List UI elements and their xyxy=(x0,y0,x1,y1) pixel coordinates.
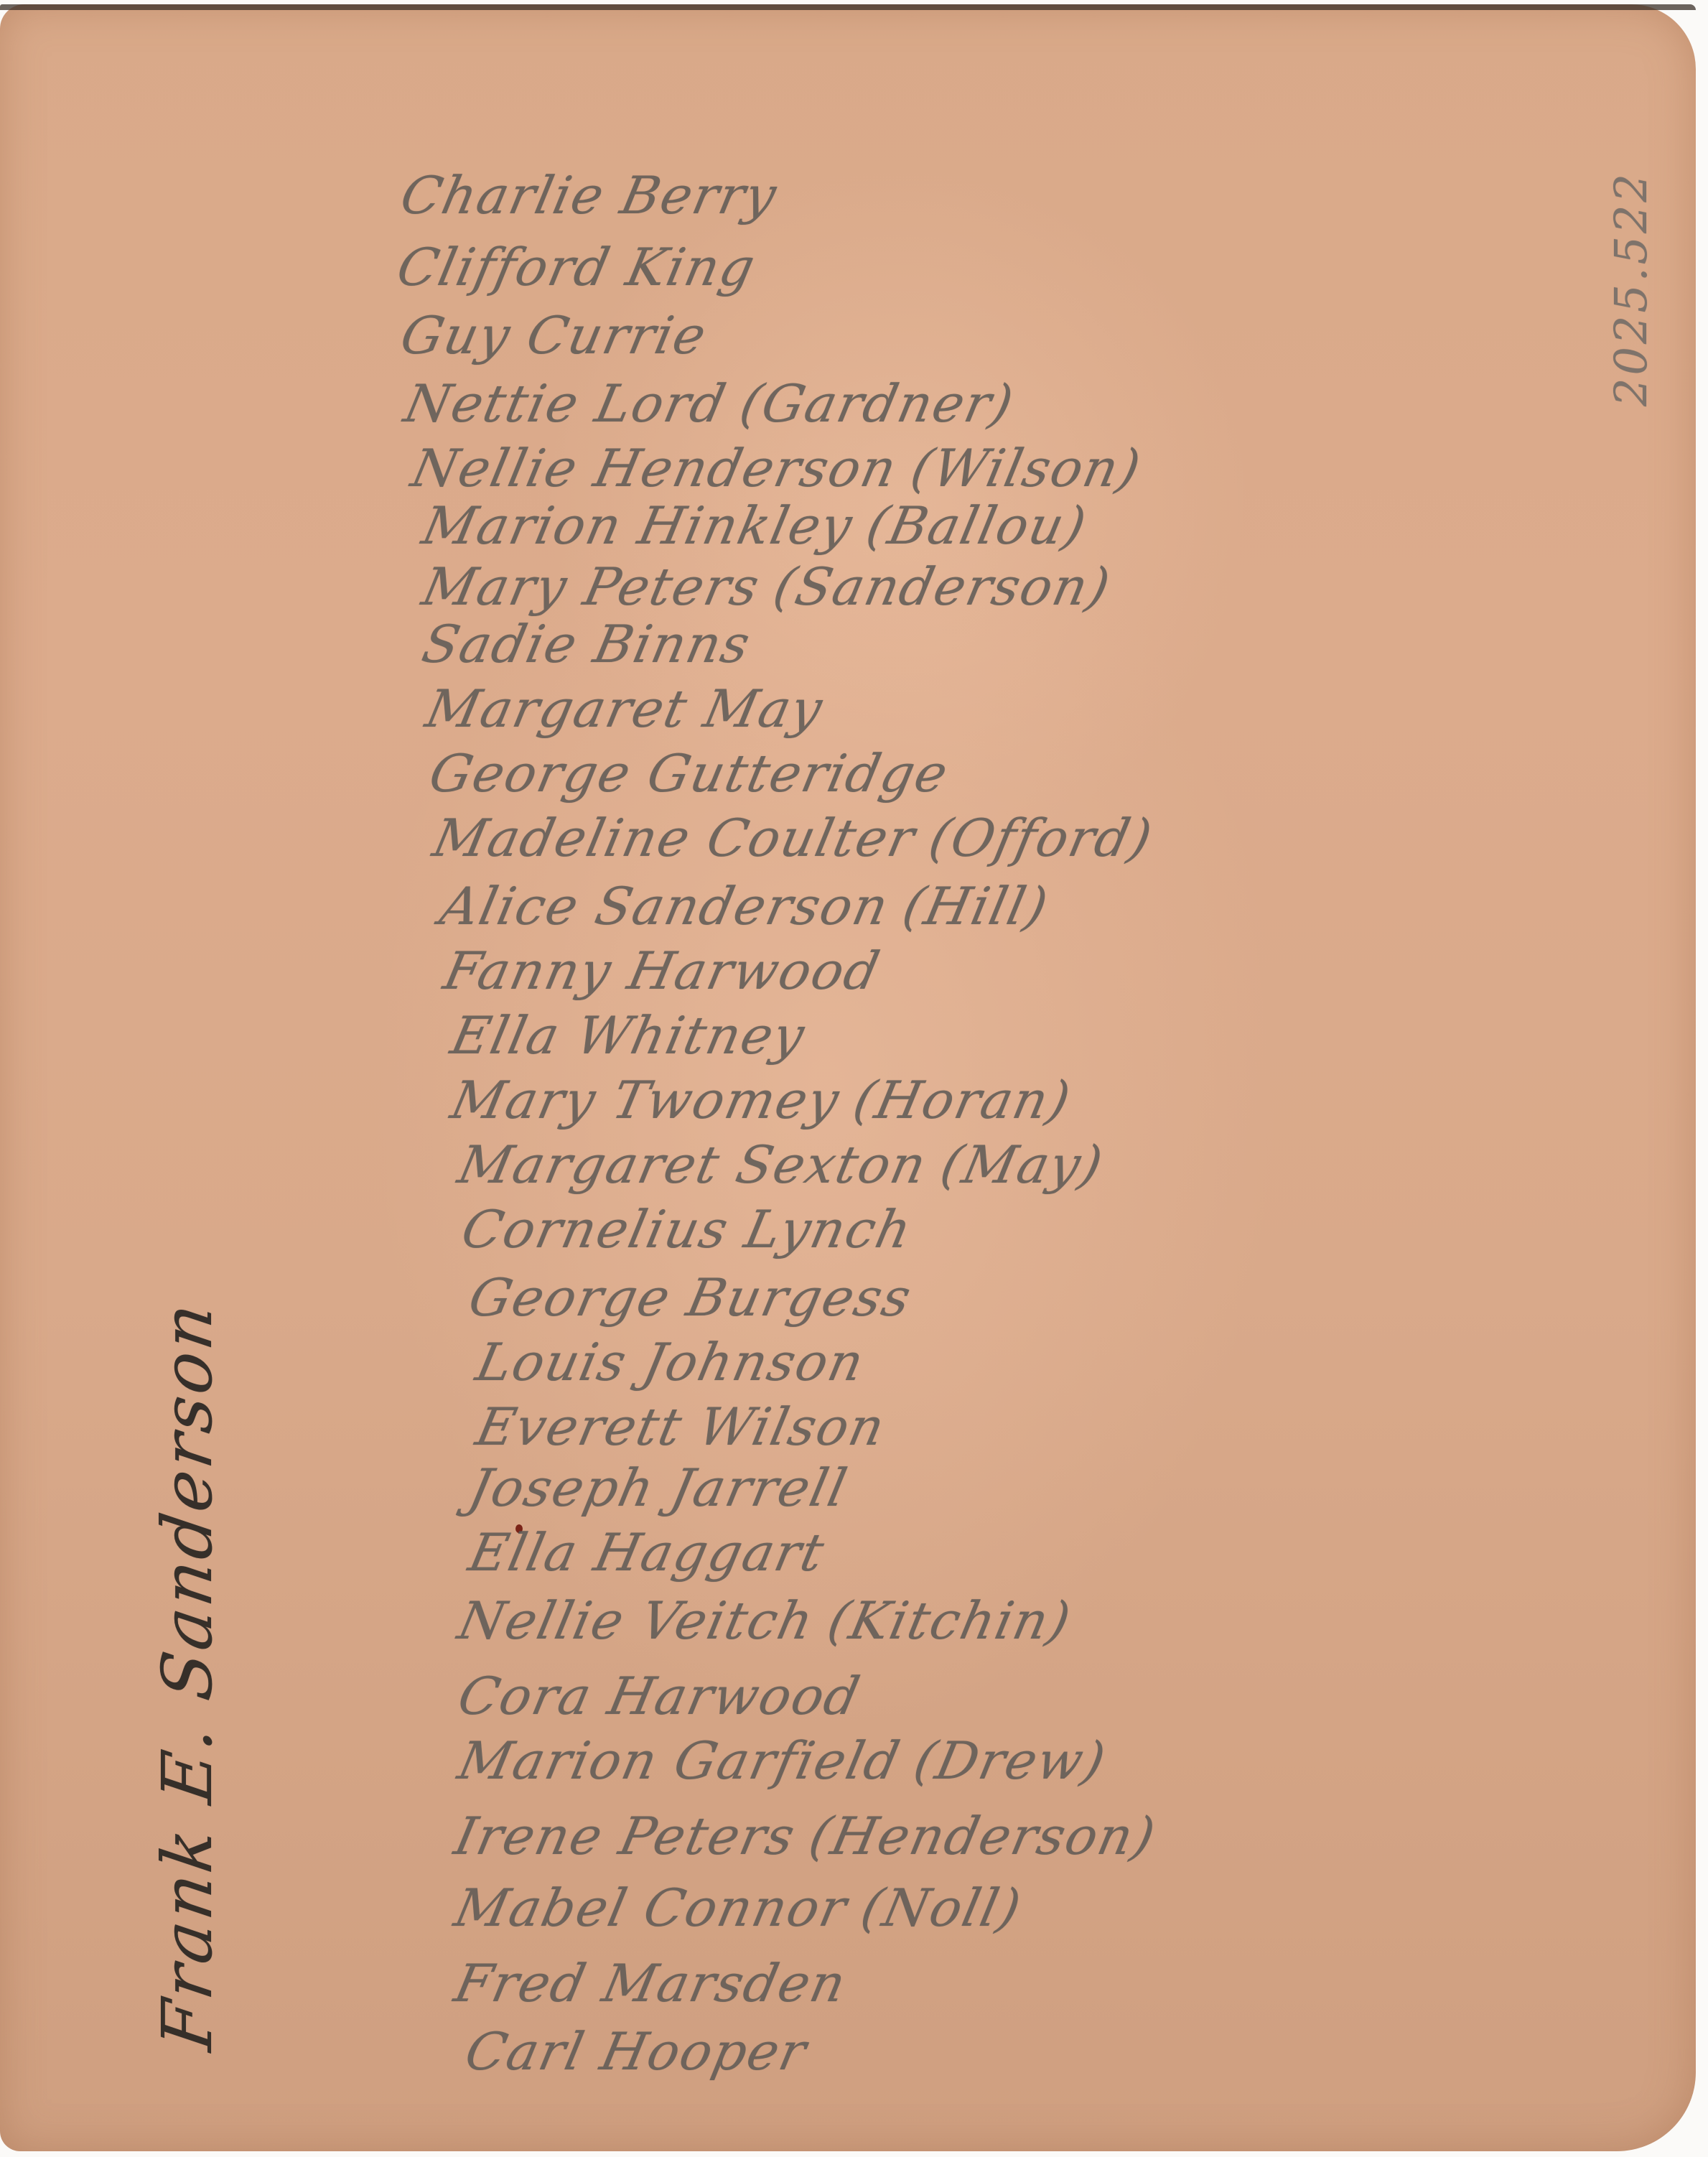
list-item: Guy Currie xyxy=(396,309,727,361)
list-item: Madeline Coulter(Offord) xyxy=(429,812,1157,864)
list-item: Alice Sanderson(Hill) xyxy=(436,880,1053,932)
accession-number: 2025.522 xyxy=(1605,171,1657,406)
list-item: Nellie Henderson(Wilson) xyxy=(407,442,1146,494)
list-item: Nellie Veitch(Kitchin) xyxy=(454,1595,1075,1646)
list-item: Charlie Berry xyxy=(396,169,798,221)
list-item: Margaret Sexton(May) xyxy=(454,1139,1108,1191)
list-item: George Gutteridge xyxy=(425,747,969,799)
list-item: Irene Peters(Henderson) xyxy=(450,1810,1160,1862)
list-item: Nettie Lord(Gardner) xyxy=(400,378,1019,429)
card-mount-back: 2025.522 Frank E. Sanderson Charlie Berr… xyxy=(0,4,1696,2151)
list-item: Everett Wilson xyxy=(472,1401,905,1453)
list-item: Ella Haggart xyxy=(465,1527,845,1578)
list-item: Carl Hooper xyxy=(461,2026,827,2077)
list-item: Fred Marsden xyxy=(450,1957,867,2009)
list-item: Mabel Connor(Noll) xyxy=(450,1882,1026,1934)
list-item: George Burgess xyxy=(465,1272,932,1323)
list-item: Ella Whitney xyxy=(447,1010,826,1061)
list-item: Margaret May xyxy=(421,683,844,735)
list-item: Louis Johnson xyxy=(472,1336,885,1388)
list-item: Mary Twomey(Horan) xyxy=(447,1074,1075,1126)
signature: Frank E. Sanderson xyxy=(147,1296,228,2055)
list-item: Joseph Jarrell xyxy=(465,1462,868,1514)
list-item: Marion Garfield(Drew) xyxy=(454,1735,1111,1786)
list-item: Marion Hinkley(Ballou) xyxy=(418,500,1091,551)
list-item: Cornelius Lynch xyxy=(457,1203,933,1255)
list-item: Cora Harwood xyxy=(454,1670,881,1722)
list-item: Mary Peters(Sanderson) xyxy=(418,561,1115,612)
list-item: Sadie Binns xyxy=(418,618,771,670)
list-item: Clifford King xyxy=(393,241,776,293)
list-item: Fanny Harwood xyxy=(439,945,900,997)
